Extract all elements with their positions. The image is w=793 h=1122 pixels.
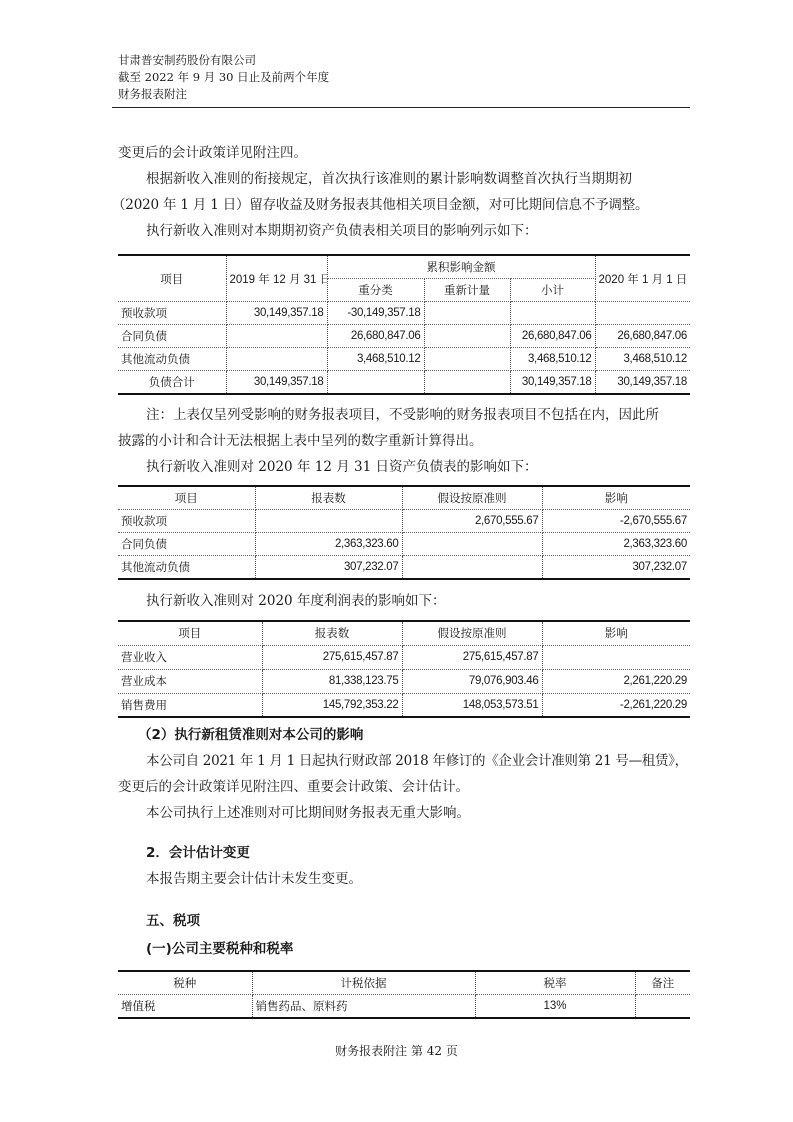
col-header: 影响 — [542, 621, 690, 645]
col-header-remeasure: 重新计量 — [424, 279, 510, 302]
table-row: 预收款项 2,670,555.67 -2,670,555.67 — [118, 510, 690, 533]
cell-value: -2,261,220.29 — [542, 693, 690, 717]
col-header: 税种 — [118, 971, 252, 995]
paragraph: 本报告期主要会计估计未发生变更。 — [146, 866, 362, 892]
col-header: 备注 — [635, 971, 690, 995]
col-header: 报表数 — [255, 486, 402, 510]
paragraph: 本公司自 2021 年 1 月 1 日起执行财政部 2018 年修订的《企业会计… — [146, 748, 688, 774]
cell-value: 30,149,357.18 — [226, 302, 327, 325]
report-period: 截至 2022 年 9 月 30 日止及前两个年度 — [118, 69, 329, 86]
page-footer: 财务报表附注 第 42 页 — [0, 1042, 793, 1059]
cell-value: 26,680,847.06 — [510, 325, 595, 348]
cell-value: 145,792,353.22 — [262, 693, 402, 717]
paragraph: 执行新收入准则对 2020 年度利润表的影响如下： — [146, 588, 445, 614]
row-label: 其他流动负债 — [118, 348, 226, 371]
cell-value — [402, 533, 542, 556]
row-label: 增值税 — [118, 995, 252, 1019]
cell-value — [595, 302, 690, 325]
col-header: 项目 — [118, 621, 262, 645]
cell-value: 2,363,323.60 — [255, 533, 402, 556]
cell-value: 30,149,357.18 — [510, 371, 595, 395]
row-label: 销售费用 — [118, 693, 262, 717]
cell-value: 275,615,457.87 — [262, 645, 402, 669]
table-row: 合同负债 26,680,847.06 26,680,847.06 26,680,… — [118, 325, 690, 348]
table-note: 注：上表仅呈列受影响的财务报表项目，不受影响的财务报表项目不包括在内，因此所 — [146, 402, 659, 428]
col-header: 项目 — [118, 486, 255, 510]
col-header-item: 项目 — [118, 255, 226, 302]
row-label: 合同负债 — [118, 325, 226, 348]
section-heading-lease: （2）执行新租赁准则对本公司的影响 — [138, 722, 363, 748]
col-header: 报表数 — [262, 621, 402, 645]
cell-value — [226, 348, 327, 371]
table-income-statement-2020-impact: 项目 报表数 假设按原准则 影响 营业收入 275,615,457.87 275… — [118, 620, 690, 718]
cell-value: 3,468,510.12 — [510, 348, 595, 371]
cell-value: 3,468,510.12 — [595, 348, 690, 371]
table-tax-rates: 税种 计税依据 税率 备注 增值税 销售药品、原料药 13% — [118, 970, 690, 1019]
company-name: 甘肃普安制药股份有限公司 — [118, 52, 329, 69]
cell-value: 2,670,555.67 — [402, 510, 542, 533]
table-row: 预收款项 30,149,357.18 -30,149,357.18 — [118, 302, 690, 325]
paragraph: 执行新收入准则对本期期初资产负债表相关项目的影响列示如下： — [146, 218, 538, 244]
paragraph: （2020 年 1 月 1 日）留存收益及财务报表其他相关项目金额，对可比期间信… — [112, 192, 648, 218]
paragraph: 根据新收入准则的衔接规定，首次执行该准则的累计影响数调整首次执行当期期初 — [146, 166, 632, 192]
cell-value: 30,149,357.18 — [595, 371, 690, 395]
table-row-total: 负债合计 30,149,357.18 30,149,357.18 30,149,… — [118, 371, 690, 395]
cell-value: -30,149,357.18 — [327, 302, 424, 325]
cell-value: 销售药品、原料药 — [252, 995, 475, 1019]
cell-value — [402, 556, 542, 580]
col-header-cumulative-impact: 累积影响金额 — [327, 255, 595, 279]
cell-value: 30,149,357.18 — [226, 371, 327, 395]
table-row: 其他流动负债 3,468,510.12 3,468,510.12 3,468,5… — [118, 348, 690, 371]
paragraph: 本公司执行上述准则对可比期间财务报表无重大影响。 — [146, 800, 470, 826]
col-header-subtotal: 小计 — [510, 279, 595, 302]
col-header: 假设按原准则 — [402, 621, 542, 645]
cell-value: 2,261,220.29 — [542, 669, 690, 693]
row-label: 营业收入 — [118, 645, 262, 669]
paragraph: 变更后的会计政策详见附注四、重要会计政策、会计估计。 — [118, 774, 469, 800]
col-header: 计税依据 — [252, 971, 475, 995]
cell-value: 2,363,323.60 — [542, 533, 690, 556]
table-row: 销售费用 145,792,353.22 148,053,573.51 -2,26… — [118, 693, 690, 717]
table-row: 增值税 销售药品、原料药 13% — [118, 995, 690, 1019]
col-header: 假设按原准则 — [402, 486, 542, 510]
row-label: 其他流动负债 — [118, 556, 255, 580]
col-header-date-end: 2020 年 1 月 1 日 — [595, 255, 690, 302]
col-header-date-begin: 2019 年 12 月 31 日 — [226, 255, 327, 302]
cell-value: 3,468,510.12 — [327, 348, 424, 371]
table-row: 合同负债 2,363,323.60 2,363,323.60 — [118, 533, 690, 556]
row-label: 预收款项 — [118, 510, 255, 533]
cell-value — [424, 325, 510, 348]
cell-value — [255, 510, 402, 533]
row-label: 合同负债 — [118, 533, 255, 556]
table-opening-balance-impact: 项目 2019 年 12 月 31 日 累积影响金额 2020 年 1 月 1 … — [118, 254, 690, 395]
cell-value — [327, 371, 424, 395]
cell-value — [542, 645, 690, 669]
paragraph: 变更后的会计政策详见附注四。 — [118, 140, 307, 166]
cell-value — [424, 348, 510, 371]
page-header: 甘肃普安制药股份有限公司 截至 2022 年 9 月 30 日止及前两个年度 财… — [118, 52, 329, 103]
section-heading-estimate: 2．会计估计变更 — [146, 840, 250, 866]
col-header: 税率 — [475, 971, 635, 995]
subsection-heading-tax-rates: (一)公司主要税种和税率 — [146, 936, 293, 962]
paragraph: 执行新收入准则对 2020 年 12 月 31 日资产负债表的影响如下： — [146, 454, 537, 480]
cell-value: 307,232.07 — [255, 556, 402, 580]
cell-value — [226, 325, 327, 348]
table-balance-sheet-2020-impact: 项目 报表数 假设按原准则 影响 预收款项 2,670,555.67 -2,67… — [118, 485, 690, 580]
section-heading-tax: 五、税项 — [146, 908, 200, 934]
header-divider — [112, 107, 690, 108]
col-header-reclass: 重分类 — [327, 279, 424, 302]
cell-value — [424, 302, 510, 325]
cell-value — [424, 371, 510, 395]
cell-value: 307,232.07 — [542, 556, 690, 580]
col-header: 影响 — [542, 486, 690, 510]
row-label: 负债合计 — [118, 371, 226, 395]
row-label: 预收款项 — [118, 302, 226, 325]
cell-value: 79,076,903.46 — [402, 669, 542, 693]
table-row: 营业成本 81,338,123.75 79,076,903.46 2,261,2… — [118, 669, 690, 693]
document-title: 财务报表附注 — [118, 86, 329, 103]
row-label: 营业成本 — [118, 669, 262, 693]
cell-value: 26,680,847.06 — [327, 325, 424, 348]
cell-value: 13% — [475, 995, 635, 1019]
cell-value: -2,670,555.67 — [542, 510, 690, 533]
cell-value — [635, 995, 690, 1019]
table-row: 营业收入 275,615,457.87 275,615,457.87 — [118, 645, 690, 669]
table-note: 披露的小计和合计无法根据上表中呈列的数字重新计算得出。 — [118, 428, 483, 454]
cell-value: 148,053,573.51 — [402, 693, 542, 717]
cell-value: 26,680,847.06 — [595, 325, 690, 348]
cell-value: 81,338,123.75 — [262, 669, 402, 693]
cell-value: 275,615,457.87 — [402, 645, 542, 669]
table-row: 其他流动负债 307,232.07 307,232.07 — [118, 556, 690, 580]
cell-value — [510, 302, 595, 325]
